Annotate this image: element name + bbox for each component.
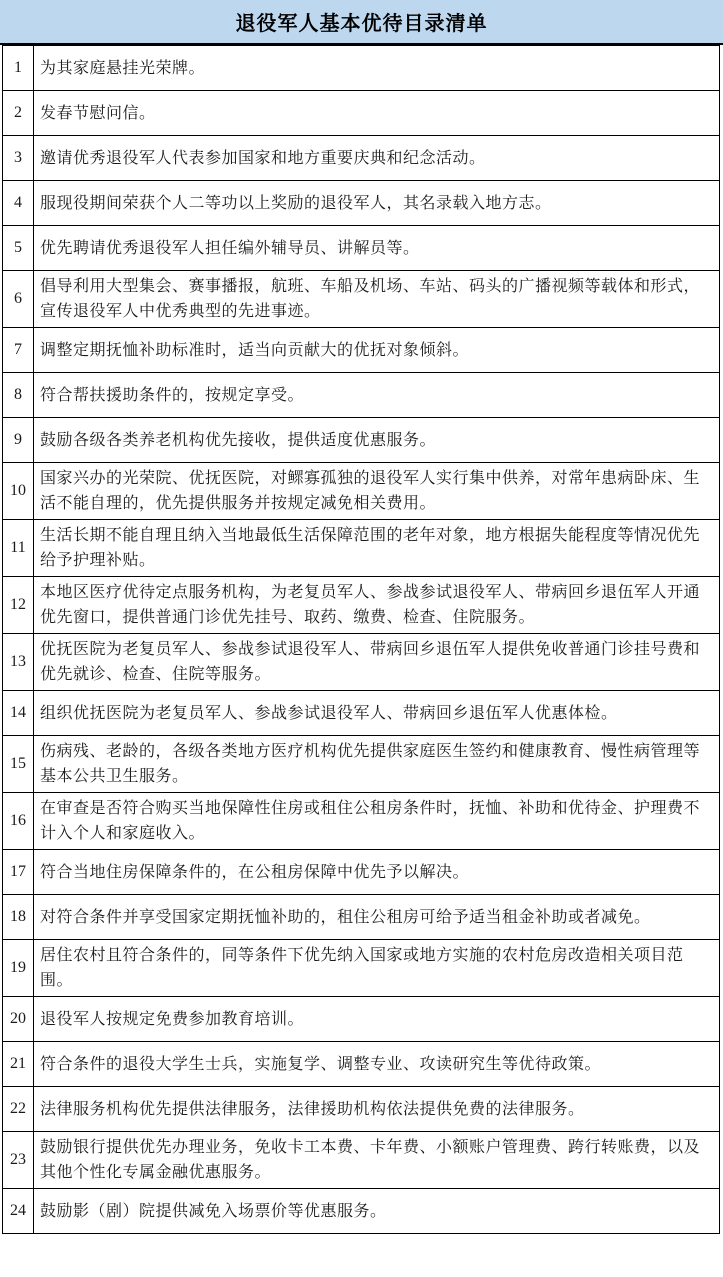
table-row: 4 服现役期间荣获个人二等功以上奖励的退役军人，其名录载入地方志。	[3, 181, 720, 226]
row-text: 服现役期间荣获个人二等功以上奖励的退役军人，其名录载入地方志。	[34, 181, 720, 226]
table-row: 14 组织优抚医院为老复员军人、参战参试退役军人、带病回乡退伍军人优惠体检。	[3, 691, 720, 736]
table-row: 12 本地区医疗优待定点服务机构，为老复员军人、参战参试退役军人、带病回乡退伍军…	[3, 577, 720, 634]
row-text: 法律服务机构优先提供法律服务，法律援助机构依法提供免费的法律服务。	[34, 1087, 720, 1132]
row-text: 倡导利用大型集会、赛事播报，航班、车船及机场、车站、码头的广播视频等载体和形式，…	[34, 271, 720, 328]
row-number: 24	[3, 1189, 34, 1234]
table-row: 13 优抚医院为老复员军人、参战参试退役军人、带病回乡退伍军人提供免收普通门诊挂…	[3, 634, 720, 691]
row-text: 调整定期抚恤补助标准时，适当向贡献大的优抚对象倾斜。	[34, 328, 720, 373]
row-number: 18	[3, 895, 34, 940]
table-row: 9 鼓励各级各类养老机构优先接收，提供适度优惠服务。	[3, 418, 720, 463]
table-row: 24 鼓励影（剧）院提供减免入场票价等优惠服务。	[3, 1189, 720, 1234]
row-number: 20	[3, 997, 34, 1042]
row-number: 14	[3, 691, 34, 736]
table-row: 19 居住农村且符合条件的，同等条件下优先纳入国家或地方实施的农村危房改造相关项…	[3, 940, 720, 997]
row-text: 在审查是否符合购买当地保障性住房或租住公租房条件时，抚恤、补助和优待金、护理费不…	[34, 793, 720, 850]
table-row: 15 伤病残、老龄的，各级各类地方医疗机构优先提供家庭医生签约和健康教育、慢性病…	[3, 736, 720, 793]
row-number: 12	[3, 577, 34, 634]
table-row: 21 符合条件的退役大学生士兵，实施复学、调整专业、攻读研究生等优待政策。	[3, 1042, 720, 1087]
table-row: 11 生活长期不能自理且纳入当地最低生活保障范围的老年对象，地方根据失能程度等情…	[3, 520, 720, 577]
table-row: 16 在审查是否符合购买当地保障性住房或租住公租房条件时，抚恤、补助和优待金、护…	[3, 793, 720, 850]
table-header: 退役军人基本优待目录清单	[0, 0, 723, 45]
row-text: 居住农村且符合条件的，同等条件下优先纳入国家或地方实施的农村危房改造相关项目范围…	[34, 940, 720, 997]
row-text: 组织优抚医院为老复员军人、参战参试退役军人、带病回乡退伍军人优惠体检。	[34, 691, 720, 736]
row-number: 23	[3, 1132, 34, 1189]
row-number: 11	[3, 520, 34, 577]
table-row: 20 退役军人按规定免费参加教育培训。	[3, 997, 720, 1042]
row-text: 国家兴办的光荣院、优抚医院，对鳏寡孤独的退役军人实行集中供养，对常年患病卧床、生…	[34, 463, 720, 520]
row-number: 2	[3, 91, 34, 136]
table-row: 6 倡导利用大型集会、赛事播报，航班、车船及机场、车站、码头的广播视频等载体和形…	[3, 271, 720, 328]
table-row: 18 对符合条件并享受国家定期抚恤补助的，租住公租房可给予适当租金补助或者减免。	[3, 895, 720, 940]
page-title: 退役军人基本优待目录清单	[236, 7, 488, 36]
benefit-table: 1 为其家庭悬挂光荣牌。 2 发春节慰问信。 3 邀请优秀退役军人代表参加国家和…	[2, 45, 720, 1234]
row-text: 生活长期不能自理且纳入当地最低生活保障范围的老年对象，地方根据失能程度等情况优先…	[34, 520, 720, 577]
table-row: 5 优先聘请优秀退役军人担任编外辅导员、讲解员等。	[3, 226, 720, 271]
row-text: 伤病残、老龄的，各级各类地方医疗机构优先提供家庭医生签约和健康教育、慢性病管理等…	[34, 736, 720, 793]
row-text: 符合当地住房保障条件的，在公租房保障中优先予以解决。	[34, 850, 720, 895]
table-row: 1 为其家庭悬挂光荣牌。	[3, 46, 720, 91]
row-number: 22	[3, 1087, 34, 1132]
row-number: 21	[3, 1042, 34, 1087]
table-row: 7 调整定期抚恤补助标准时，适当向贡献大的优抚对象倾斜。	[3, 328, 720, 373]
row-text: 发春节慰问信。	[34, 91, 720, 136]
row-text: 优先聘请优秀退役军人担任编外辅导员、讲解员等。	[34, 226, 720, 271]
table-row: 22 法律服务机构优先提供法律服务，法律援助机构依法提供免费的法律服务。	[3, 1087, 720, 1132]
row-number: 5	[3, 226, 34, 271]
benefit-table-body: 1 为其家庭悬挂光荣牌。 2 发春节慰问信。 3 邀请优秀退役军人代表参加国家和…	[3, 46, 720, 1234]
row-number: 15	[3, 736, 34, 793]
row-number: 17	[3, 850, 34, 895]
table-row: 17 符合当地住房保障条件的，在公租房保障中优先予以解决。	[3, 850, 720, 895]
row-text: 本地区医疗优待定点服务机构，为老复员军人、参战参试退役军人、带病回乡退伍军人开通…	[34, 577, 720, 634]
row-number: 6	[3, 271, 34, 328]
row-number: 8	[3, 373, 34, 418]
table-row: 23 鼓励银行提供优先办理业务，免收卡工本费、卡年费、小额账户管理费、跨行转账费…	[3, 1132, 720, 1189]
row-number: 13	[3, 634, 34, 691]
row-text: 对符合条件并享受国家定期抚恤补助的，租住公租房可给予适当租金补助或者减免。	[34, 895, 720, 940]
row-number: 3	[3, 136, 34, 181]
row-text: 邀请优秀退役军人代表参加国家和地方重要庆典和纪念活动。	[34, 136, 720, 181]
table-row: 10 国家兴办的光荣院、优抚医院，对鳏寡孤独的退役军人实行集中供养，对常年患病卧…	[3, 463, 720, 520]
row-text: 为其家庭悬挂光荣牌。	[34, 46, 720, 91]
row-text: 优抚医院为老复员军人、参战参试退役军人、带病回乡退伍军人提供免收普通门诊挂号费和…	[34, 634, 720, 691]
row-text: 符合帮扶援助条件的，按规定享受。	[34, 373, 720, 418]
row-number: 16	[3, 793, 34, 850]
row-text: 鼓励影（剧）院提供减免入场票价等优惠服务。	[34, 1189, 720, 1234]
row-number: 7	[3, 328, 34, 373]
table-row: 3 邀请优秀退役军人代表参加国家和地方重要庆典和纪念活动。	[3, 136, 720, 181]
row-number: 4	[3, 181, 34, 226]
row-text: 鼓励银行提供优先办理业务，免收卡工本费、卡年费、小额账户管理费、跨行转账费，以及…	[34, 1132, 720, 1189]
row-number: 19	[3, 940, 34, 997]
row-text: 鼓励各级各类养老机构优先接收，提供适度优惠服务。	[34, 418, 720, 463]
table-row: 2 发春节慰问信。	[3, 91, 720, 136]
row-number: 10	[3, 463, 34, 520]
row-text: 符合条件的退役大学生士兵，实施复学、调整专业、攻读研究生等优待政策。	[34, 1042, 720, 1087]
row-text: 退役军人按规定免费参加教育培训。	[34, 997, 720, 1042]
row-number: 1	[3, 46, 34, 91]
table-row: 8 符合帮扶援助条件的，按规定享受。	[3, 373, 720, 418]
document-sheet: 退役军人基本优待目录清单 1 为其家庭悬挂光荣牌。 2 发春节慰问信。 3 邀请…	[0, 0, 723, 1277]
row-number: 9	[3, 418, 34, 463]
table-wrapper: 1 为其家庭悬挂光荣牌。 2 发春节慰问信。 3 邀请优秀退役军人代表参加国家和…	[0, 45, 723, 1234]
